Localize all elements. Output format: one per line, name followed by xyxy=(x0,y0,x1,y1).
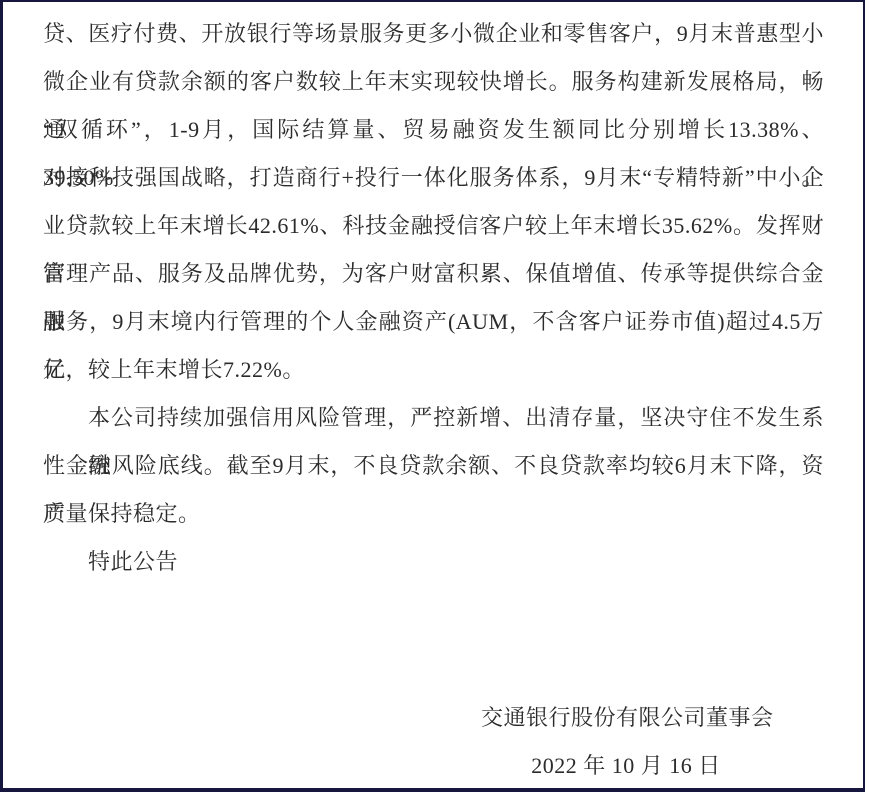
text-line: 服务，9月末境内行管理的个人金融资产(AUM，不含客户证券市值)超过4.5万亿 xyxy=(43,298,824,346)
signature-block: 交通银行股份有限公司董事会 2022 年 10 月 16 日 xyxy=(481,694,771,790)
text-line: 特此公告 xyxy=(43,538,824,586)
text-line: 质量保持稳定。 xyxy=(43,490,824,538)
signature-company: 交通银行股份有限公司董事会 xyxy=(481,694,771,742)
text-line: “双循环”，1-9月，国际结算量、贸易融资发生额同比分别增长13.38%、39.… xyxy=(43,106,824,154)
document-body: 贷、医疗付费、开放银行等场景服务更多小微企业和零售客户，9月末普惠型小 微企业有… xyxy=(3,2,863,790)
text-line: 元，较上年末增长7.22%。 xyxy=(43,346,824,394)
text-line: 对接科技强国战略，打造商行+投行一体化服务体系，9月末“专精特新”中小企 xyxy=(43,154,824,202)
signature-date: 2022 年 10 月 16 日 xyxy=(481,742,771,790)
text-line: 贷、医疗付费、开放银行等场景服务更多小微企业和零售客户，9月末普惠型小 xyxy=(43,10,824,58)
text-line: 微企业有贷款余额的客户数较上年末实现较快增长。服务构建新发展格局，畅通 xyxy=(43,58,824,106)
text-line: 业贷款较上年末增长42.61%、科技金融授信客户较上年末增长35.62%。发挥财… xyxy=(43,202,824,250)
text-line: 性金融风险底线。截至9月末，不良贷款余额、不良贷款率均较6月末下降，资产 xyxy=(43,442,824,490)
text-line: 管理产品、服务及品牌优势，为客户财富积累、保值增值、传承等提供综合金融 xyxy=(43,250,824,298)
document-page: 贷、医疗付费、开放银行等场景服务更多小微企业和零售客户，9月末普惠型小 微企业有… xyxy=(0,0,865,792)
text-line: 本公司持续加强信用风险管理，严控新增、出清存量，坚决守住不发生系统 xyxy=(43,394,824,442)
